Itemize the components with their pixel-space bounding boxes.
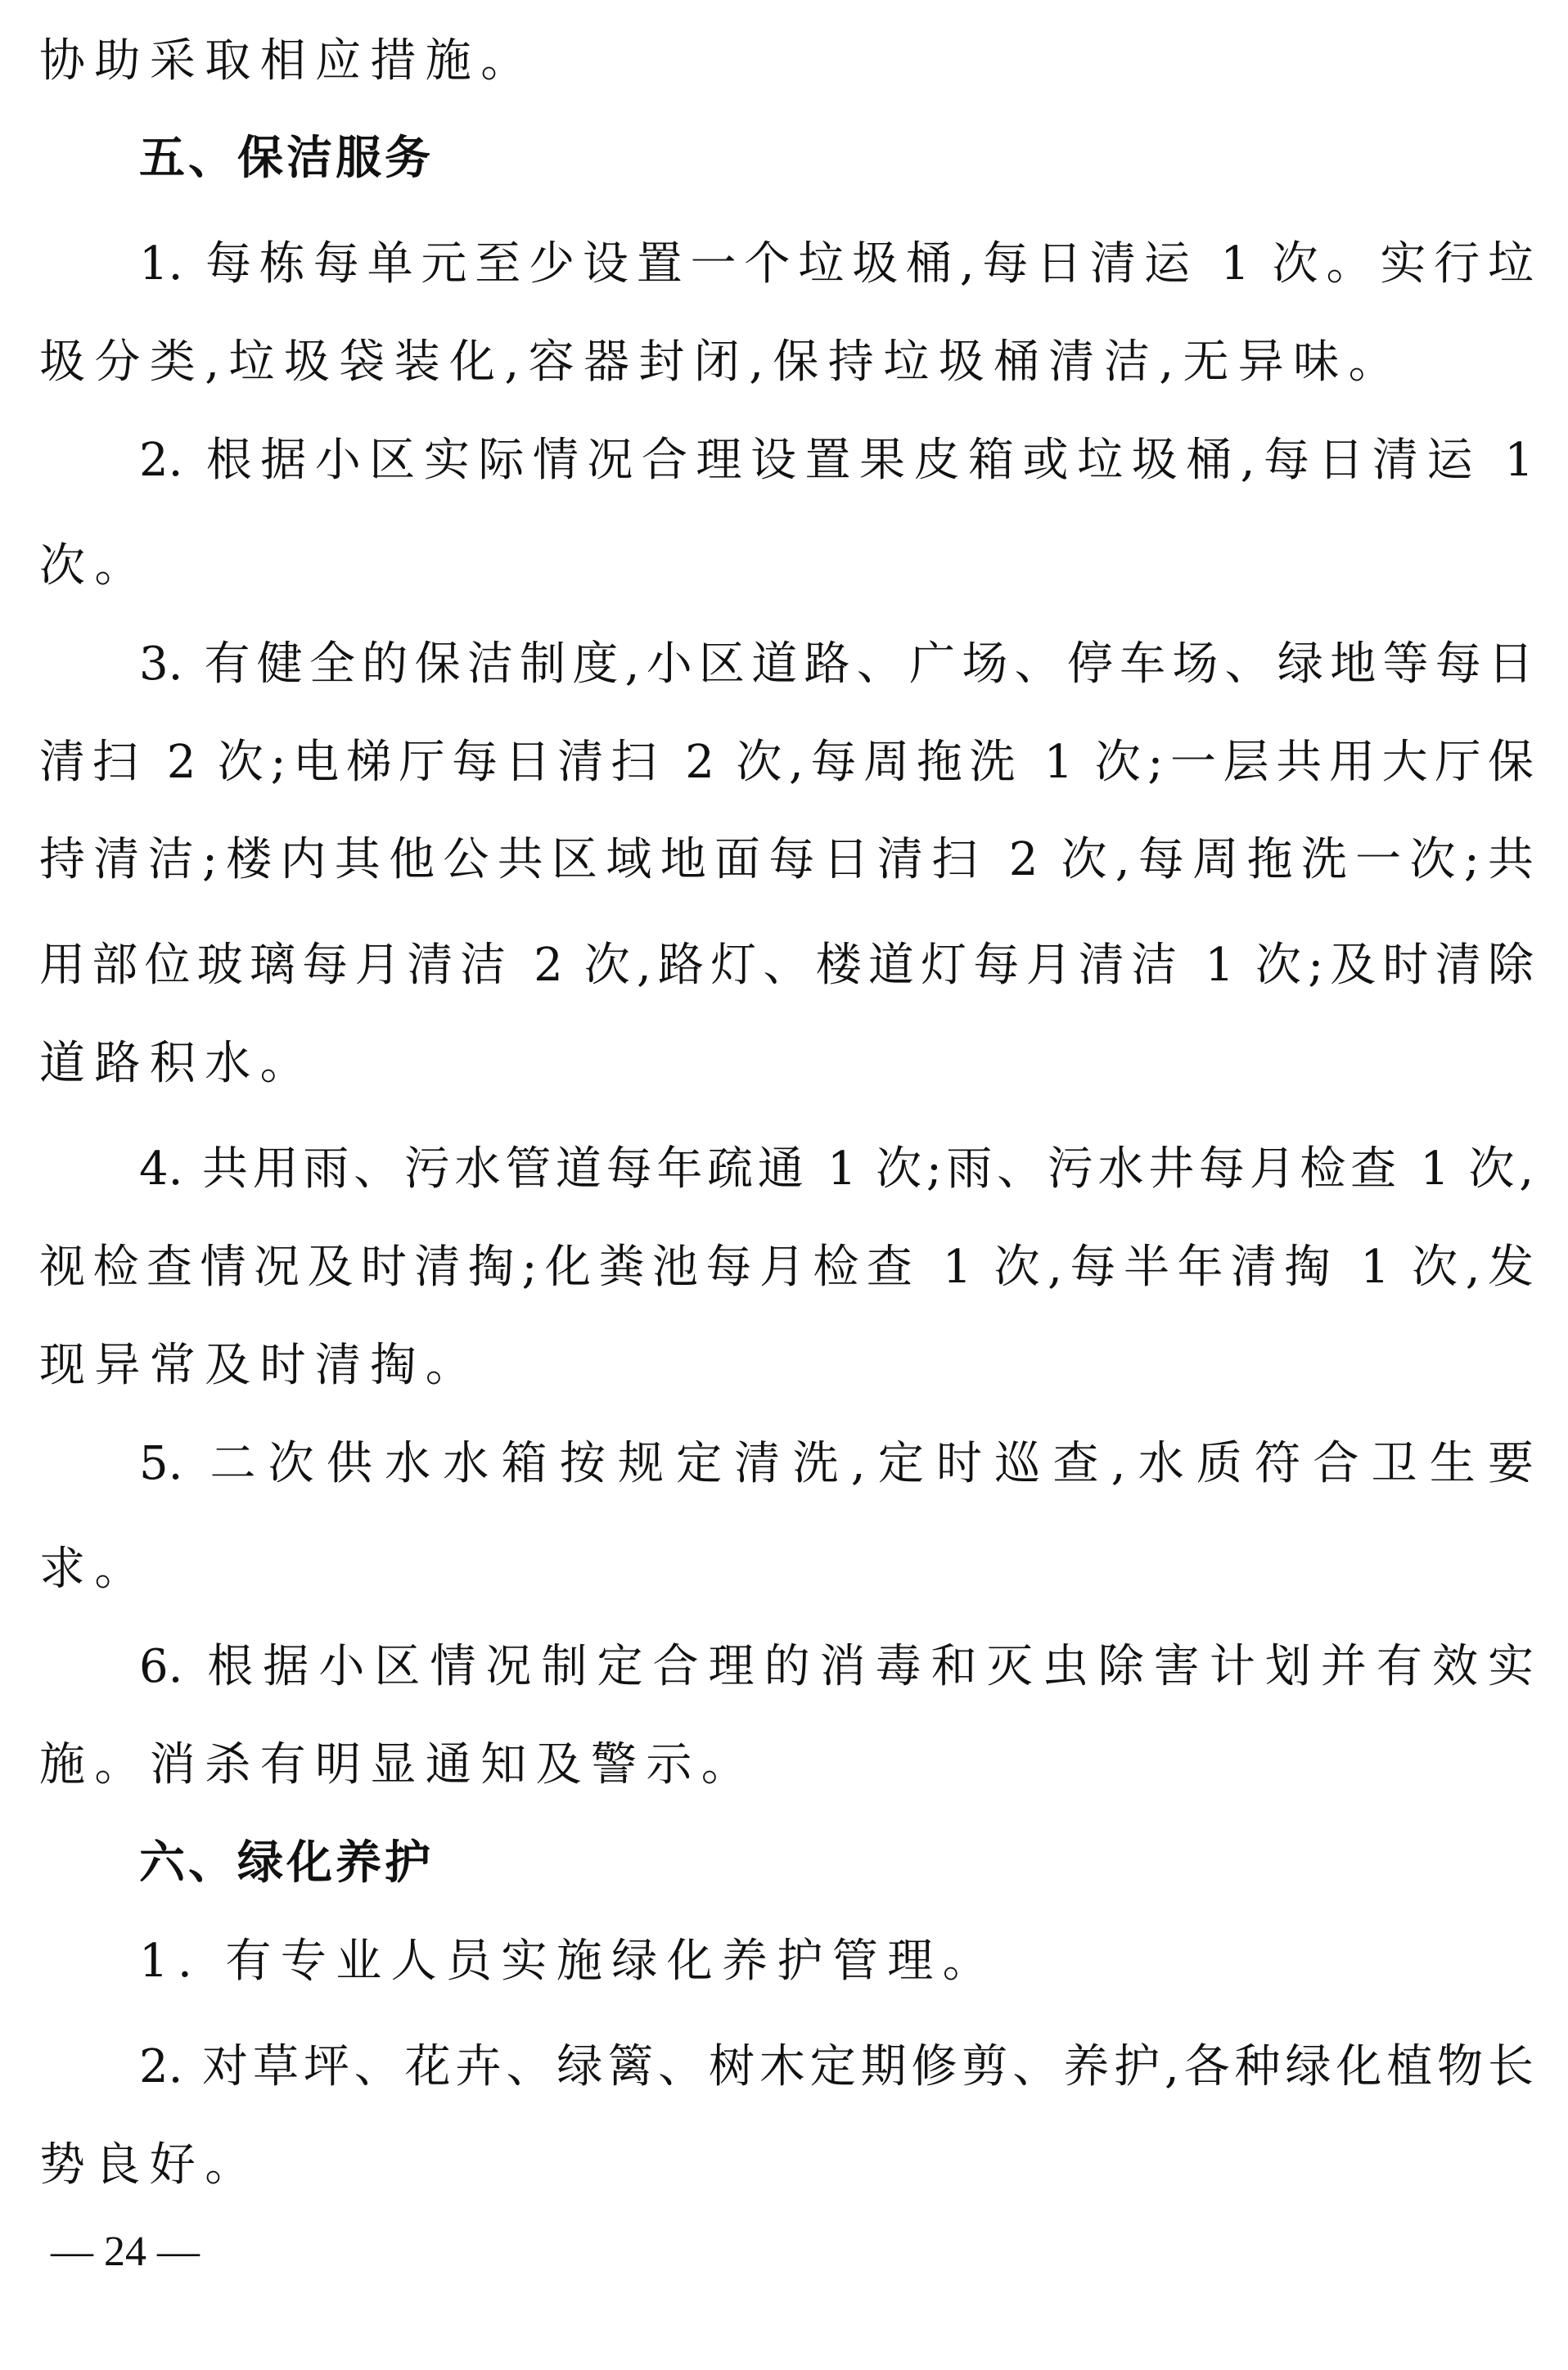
text-line: 1. 每栋每单元至少设置一个垃圾桶,每日清运 1 次。实行垃 [39,214,1534,313]
text-line: 持清洁;楼内其他公共区域地面每日清扫 2 次,每周拖洗一次;共 [39,810,1534,909]
text-line: 3. 有健全的保洁制度,小区道路、广场、停车场、绿地等每日 [39,615,1534,714]
text-line: 5. 二次供水水箱按规定清洗,定时巡查,水质符合卫生要 [39,1414,1534,1513]
text-line: 清扫 2 次;电梯厅每日清扫 2 次,每周拖洗 1 次;一层共用大厅保 [39,713,1534,812]
text-line: 1. 有专业人员实施绿化养护管理。 [39,1912,1534,2011]
text-line: 现异常及时清掏。 [39,1316,1534,1415]
text-line: 圾分类,垃圾袋装化,容器封闭,保持垃圾桶清洁,无异味。 [39,313,1534,412]
text-line: 施。消杀有明显通知及警示。 [39,1715,1534,1814]
text-line: 道路积水。 [39,1014,1534,1113]
text-line: 协助采取相应措施。 [39,11,1534,110]
text-line: 求。 [39,1520,1534,1619]
text-line: 2. 对草坪、花卉、绿篱、树木定期修剪、养护,各种绿化植物长 [39,2017,1534,2116]
text-line: 4. 共用雨、污水管道每年疏通 1 次;雨、污水井每月检查 1 次, [39,1120,1534,1219]
text-line: 2. 根据小区实际情况合理设置果皮箱或垃圾桶,每日清运 1 [39,411,1534,510]
page-number: — 24 — [51,2228,200,2277]
text-line: 势良好。 [39,2115,1534,2215]
section-heading-cleaning: 五、保洁服务 [39,109,1534,208]
text-line: 视检查情况及时清掏;化粪池每月检查 1 次,每半年清掏 1 次,发 [39,1218,1534,1317]
text-line: 用部位玻璃每月清洁 2 次,路灯、楼道灯每月清洁 1 次;及时清除 [39,916,1534,1015]
section-heading-greening: 六、绿化养护 [39,1814,1534,1913]
text-line: 6. 根据小区情况制定合理的消毒和灭虫除害计划并有效实 [39,1617,1534,1716]
text-line: 次。 [39,516,1534,615]
